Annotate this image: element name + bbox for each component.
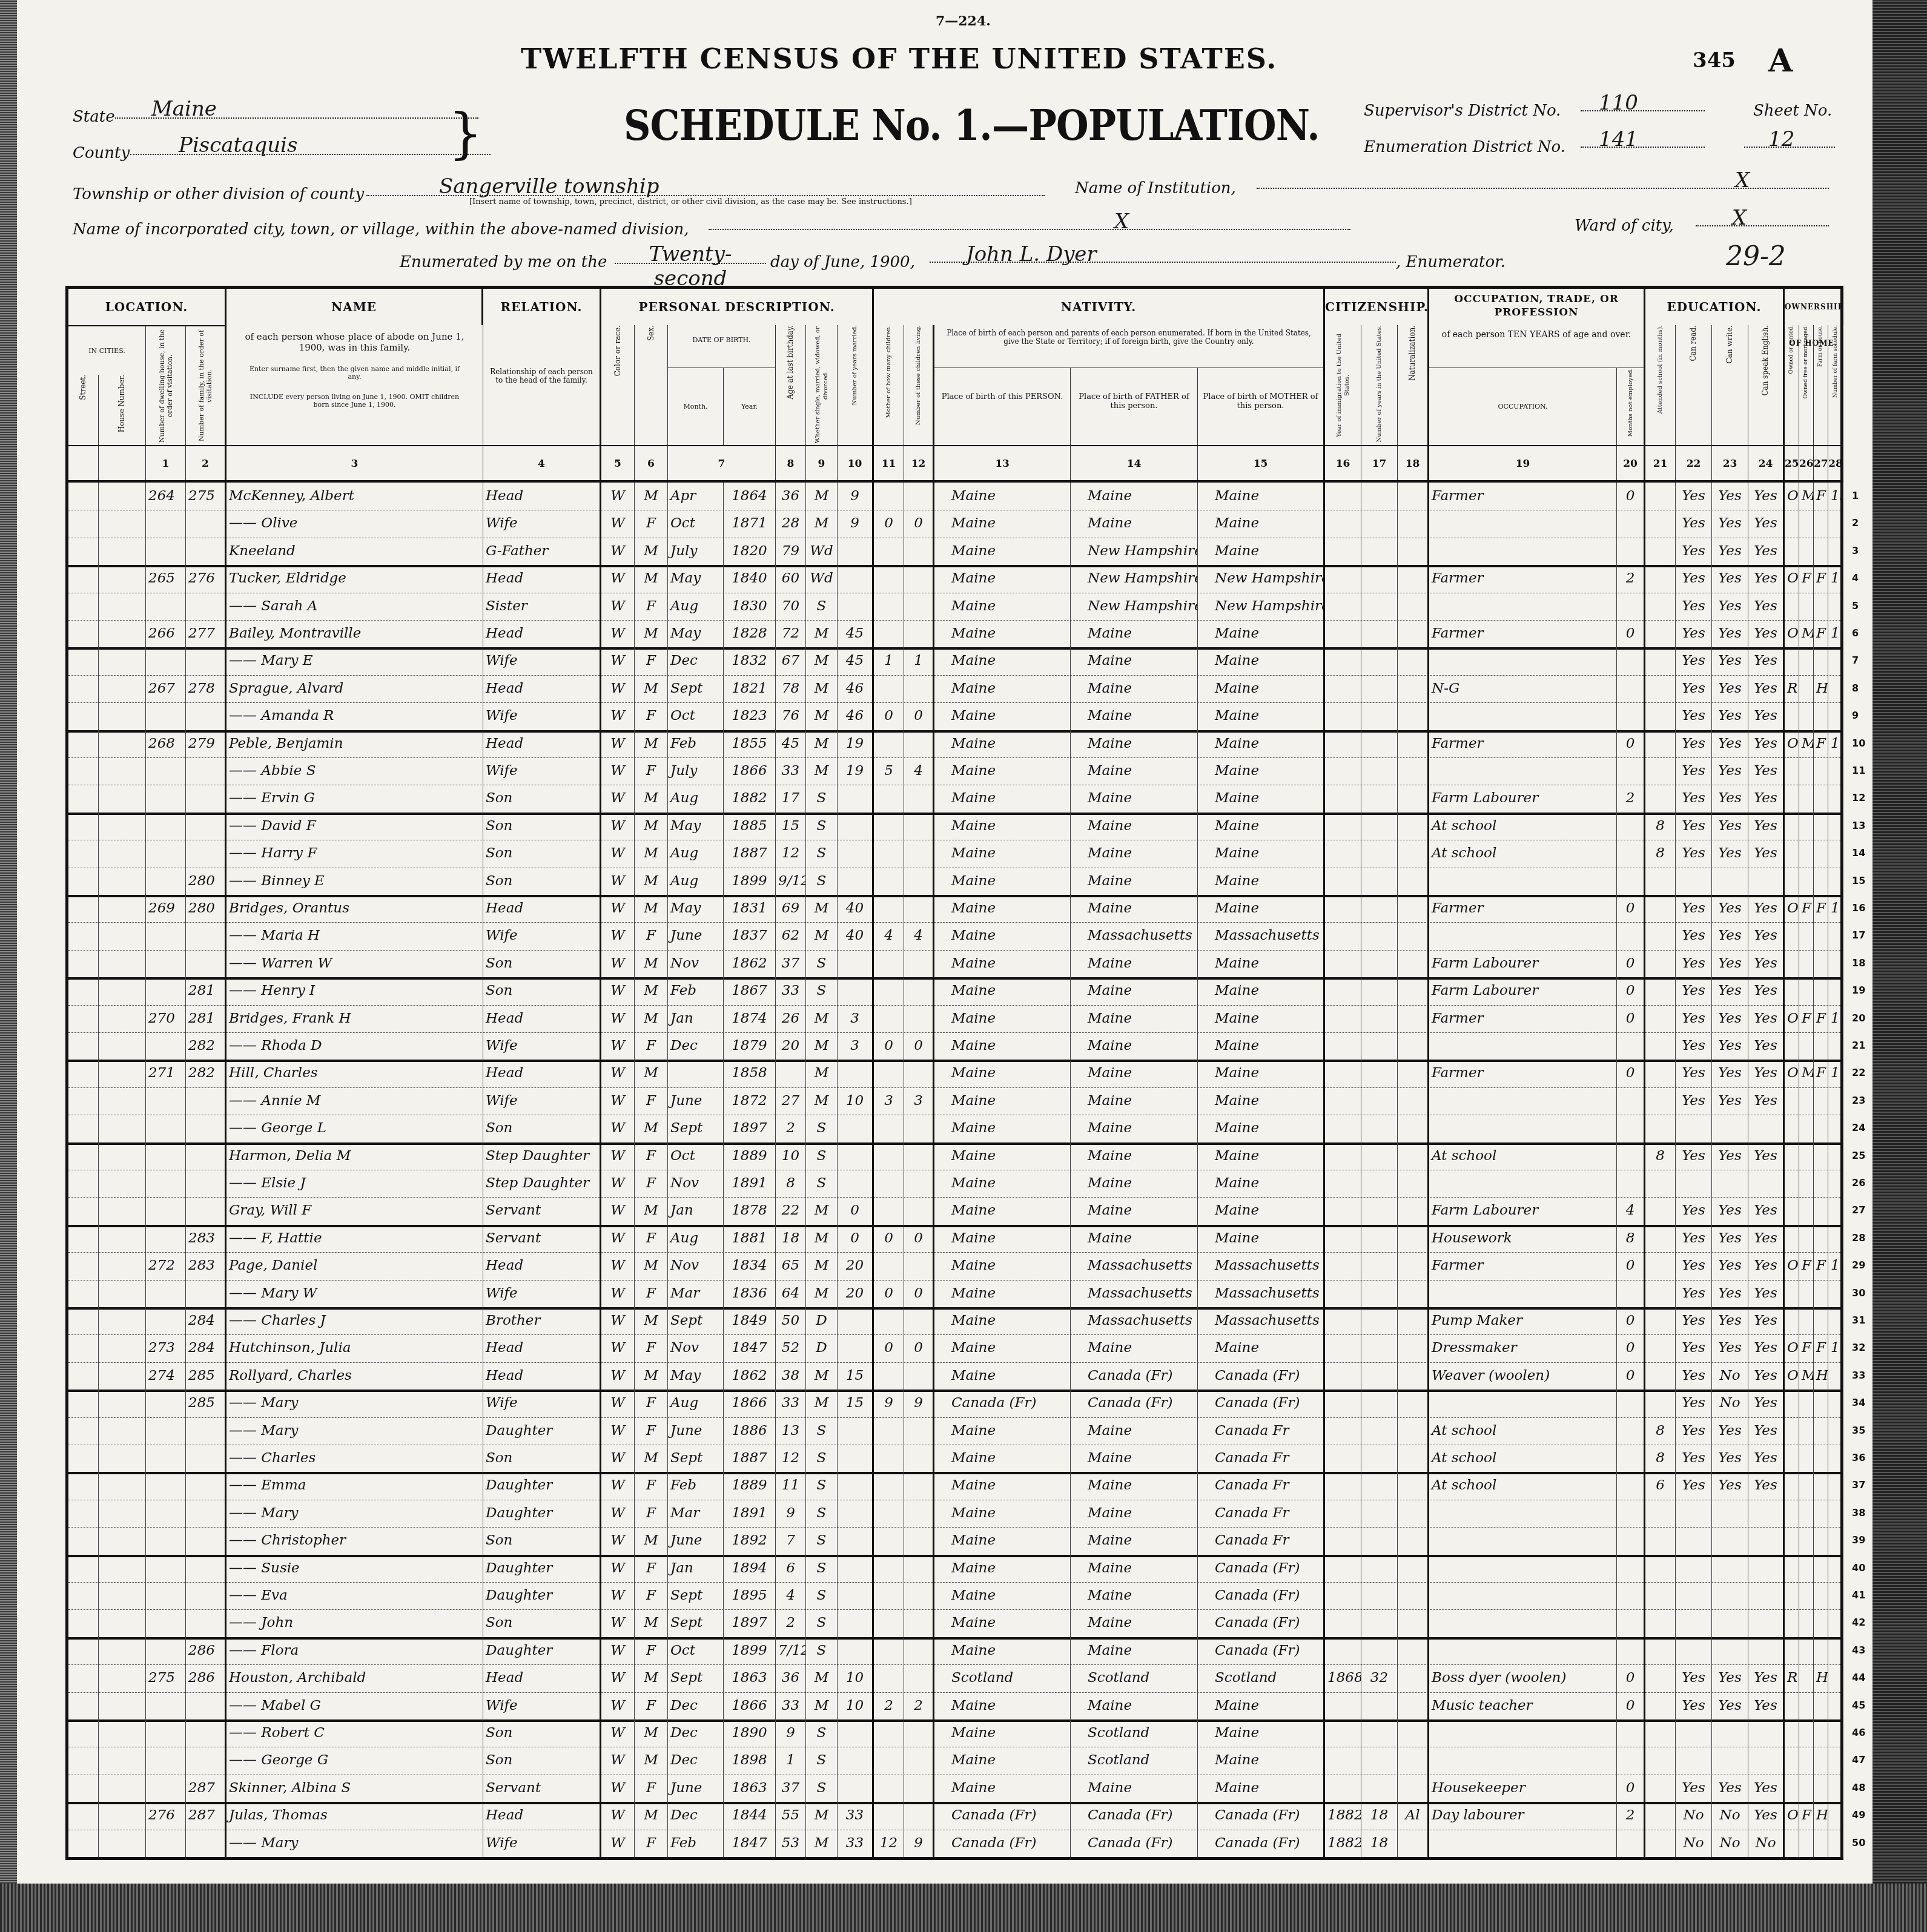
free-mortgaged-cell	[1799, 702, 1814, 730]
sheet-field: 12	[1744, 127, 1835, 148]
months-unemployed-cell	[1617, 1417, 1645, 1445]
family-number-cell: 276	[186, 565, 226, 592]
birthplace-father-cell: Massachusetts	[1071, 1280, 1198, 1307]
relation-cell: Head	[483, 1664, 601, 1692]
naturalization-cell	[1398, 950, 1429, 977]
dwelling-number-cell	[146, 1280, 186, 1307]
years-in-us-cell	[1361, 1637, 1398, 1664]
farm-house-cell	[1814, 950, 1828, 977]
family-number-cell	[186, 538, 226, 565]
years-married-cell: 20	[838, 1252, 874, 1279]
birth-month-cell: Nov	[668, 950, 724, 977]
marital-status-cell: S	[806, 1500, 838, 1527]
occupation-cell: Farmer	[1429, 730, 1617, 757]
children-living-cell	[904, 620, 934, 647]
mother-of-children-cell: 0	[874, 702, 904, 730]
owned-rented-cell	[1785, 1445, 1799, 1472]
birthplace-person-cell: Maine	[934, 483, 1071, 510]
school-months-cell	[1645, 675, 1676, 702]
empty-cell	[99, 1307, 146, 1334]
owned-rented-cell	[1785, 1142, 1799, 1170]
line-number: 32	[1852, 1342, 1865, 1353]
can-write-cell: Yes	[1712, 1692, 1748, 1719]
name-header-instr2: INCLUDE every person living on June 1, 1…	[245, 393, 464, 409]
naturalization-cell	[1398, 1417, 1429, 1445]
line-number: 6	[1852, 627, 1859, 639]
county-label: County	[73, 144, 130, 162]
marital-status-cell: S	[806, 1115, 838, 1142]
birth-year-cell: 1887	[724, 840, 776, 867]
empty-cell	[99, 840, 146, 867]
family-number-cell	[186, 1087, 226, 1115]
mother-of-header: Mother of how many children.	[874, 325, 904, 445]
immigration-year-cell	[1325, 1197, 1361, 1224]
immigration-year-cell: 1882	[1325, 1802, 1361, 1829]
mother-of-children-cell	[874, 895, 904, 922]
person-name-cell: Kneeland	[226, 538, 483, 565]
farm-schedule-cell	[1828, 1802, 1843, 1829]
immigration-year-cell	[1325, 1170, 1361, 1197]
naturalization-cell	[1398, 1362, 1429, 1390]
children-living-cell	[904, 1170, 934, 1197]
mother-of-children-cell: 1	[874, 647, 904, 674]
empty-cell	[68, 565, 99, 592]
farm-schedule-cell	[1828, 1775, 1843, 1802]
line-number: 44	[1852, 1672, 1865, 1683]
dwelling-number-cell	[146, 702, 186, 730]
mother-of-children-cell	[874, 538, 904, 565]
birthplace-father-cell: Maine	[1071, 702, 1198, 730]
birth-father-header: Place of birth of FATHER of this person.	[1071, 368, 1198, 445]
school-months-cell	[1645, 1609, 1676, 1637]
family-number-cell: 287	[186, 1775, 226, 1802]
empty-cell	[99, 1362, 146, 1390]
sex-cell: M	[635, 1252, 668, 1279]
birth-month-cell: July	[668, 538, 724, 565]
dwelling-number-cell: 276	[146, 1802, 186, 1829]
farm-house-cell: H	[1814, 1664, 1828, 1692]
family-number-cell	[186, 1747, 226, 1774]
sex-cell: F	[635, 1032, 668, 1060]
family-number-cell: 279	[186, 730, 226, 757]
birthplace-mother-cell: Canada (Fr)	[1198, 1637, 1325, 1664]
sex-cell: M	[635, 538, 668, 565]
family-number-cell	[186, 593, 226, 620]
birthplace-person-cell: Maine	[934, 1087, 1071, 1115]
school-months-cell	[1645, 1664, 1676, 1692]
birthplace-mother-cell: Maine	[1198, 1005, 1325, 1032]
line-number: 47	[1852, 1754, 1865, 1766]
birthplace-mother-cell: Massachusetts	[1198, 1307, 1325, 1334]
column-number: 18	[1398, 445, 1429, 480]
relation-cell: Son	[483, 868, 601, 895]
empty-cell	[99, 538, 146, 565]
years-in-us-cell	[1361, 675, 1398, 702]
birth-year-cell: 1855	[724, 730, 776, 757]
can-speak-english-cell: Yes	[1748, 1362, 1785, 1390]
can-read-cell: Yes	[1676, 1197, 1712, 1224]
years-married-cell	[838, 1582, 874, 1609]
birthplace-mother-cell: Canada (Fr)	[1198, 1802, 1325, 1829]
empty-cell	[99, 1334, 146, 1362]
can-write-cell	[1712, 1637, 1748, 1664]
empty-cell	[99, 1390, 146, 1417]
relation-cell: Head	[483, 895, 601, 922]
relation-cell: Servant	[483, 1775, 601, 1802]
years-married-cell	[838, 565, 874, 592]
years-in-us-cell	[1361, 922, 1398, 949]
color-cell: W	[601, 510, 635, 537]
column-number: 11	[874, 445, 904, 480]
farm-schedule-cell	[1828, 1500, 1843, 1527]
sex-cell: M	[635, 620, 668, 647]
farm-schedule-cell	[1828, 1527, 1843, 1554]
column-number: 9	[806, 445, 838, 480]
color-cell: W	[601, 1362, 635, 1390]
age-cell: 53	[776, 1830, 806, 1857]
owned-rented-cell: O	[1785, 1252, 1799, 1279]
can-write-cell	[1712, 1170, 1748, 1197]
can-speak-english-cell	[1748, 1637, 1785, 1664]
person-name-cell: Hill, Charles	[226, 1060, 483, 1087]
can-write-cell	[1712, 1527, 1748, 1554]
farm-house-cell: F	[1814, 1252, 1828, 1279]
birthplace-mother-cell: Canada (Fr)	[1198, 1830, 1325, 1857]
birthplace-person-cell: Maine	[934, 1719, 1071, 1747]
empty-cell	[68, 1747, 99, 1774]
months-unemployed-cell	[1617, 1609, 1645, 1637]
farm-house-cell	[1814, 1445, 1828, 1472]
color-cell: W	[601, 593, 635, 620]
birthplace-father-cell: Maine	[1071, 895, 1198, 922]
color-cell: W	[601, 922, 635, 949]
birth-person-header: Place of birth of this PERSON.	[934, 368, 1071, 445]
birthplace-person-cell: Maine	[934, 1609, 1071, 1637]
empty-cell	[68, 895, 99, 922]
can-read-cell: Yes	[1676, 1390, 1712, 1417]
family-number-cell: 283	[186, 1252, 226, 1279]
years-married-cell: 0	[838, 1225, 874, 1252]
years-in-us-header: Number of years in the United States.	[1361, 325, 1398, 445]
years-married-cell	[838, 785, 874, 812]
years-in-us-cell	[1361, 1445, 1398, 1472]
immigration-year-cell	[1325, 620, 1361, 647]
children-living-cell	[904, 1005, 934, 1032]
marital-status-cell: S	[806, 785, 838, 812]
line-number: 28	[1852, 1232, 1865, 1244]
sex-cell: M	[635, 977, 668, 1004]
free-mortgaged-cell	[1799, 1830, 1814, 1857]
years-married-cell	[838, 1445, 874, 1472]
can-speak-english-cell: Yes	[1748, 1802, 1785, 1829]
occupation-cell	[1429, 757, 1617, 785]
state-county-brace: }	[448, 107, 483, 161]
birthplace-mother-cell: Maine	[1198, 730, 1325, 757]
birthplace-father-cell: Canada (Fr)	[1071, 1390, 1198, 1417]
farm-house-cell	[1814, 1417, 1828, 1445]
empty-cell	[99, 1252, 146, 1279]
school-months-cell	[1645, 1362, 1676, 1390]
person-name-cell: —— Maria H	[226, 922, 483, 949]
birth-month-cell: Sept	[668, 1115, 724, 1142]
relation-cell: Son	[483, 977, 601, 1004]
can-read-cell: Yes	[1676, 895, 1712, 922]
owned-rented-cell	[1785, 1609, 1799, 1637]
dwelling-number-cell: 274	[146, 1362, 186, 1390]
relation-cell: Head	[483, 1060, 601, 1087]
can-speak-english-cell: Yes	[1748, 1334, 1785, 1362]
person-name-cell: —— F, Hattie	[226, 1225, 483, 1252]
birth-month-cell: Sept	[668, 1307, 724, 1334]
marital-status-header-text: Whether single, married, widowed, or div…	[814, 325, 830, 445]
table-row: 282—— Rhoda DWifeWFDec187920M300MaineMai…	[68, 1032, 1840, 1062]
free-mortgaged-cell	[1799, 1692, 1814, 1719]
can-speak-english-cell: Yes	[1748, 1087, 1785, 1115]
free-mortgaged-cell	[1799, 593, 1814, 620]
person-name-cell: —— Amanda R	[226, 702, 483, 730]
birthplace-person-cell: Maine	[934, 1060, 1071, 1087]
dwelling-number-cell	[146, 977, 186, 1004]
empty-cell	[68, 1555, 99, 1582]
children-living-cell	[904, 1609, 934, 1637]
years-married-cell: 33	[838, 1802, 874, 1829]
farm-house-cell	[1814, 922, 1828, 949]
family-number-cell	[186, 1582, 226, 1609]
immigration-year-cell	[1325, 922, 1361, 949]
owned-rented-cell	[1785, 1775, 1799, 1802]
can-read-cell: Yes	[1676, 730, 1712, 757]
occupation-cell: At school	[1429, 813, 1617, 840]
birth-year-cell: 1889	[724, 1142, 776, 1170]
family-number-cell: 282	[186, 1060, 226, 1087]
empty-cell	[99, 510, 146, 537]
marital-status-cell: M	[806, 1692, 838, 1719]
empty-cell	[68, 1390, 99, 1417]
school-months-cell	[1645, 593, 1676, 620]
farm-house-cell: F	[1814, 895, 1828, 922]
free-mortgaged-cell: M	[1799, 1362, 1814, 1390]
table-row: —— Ervin GSonWMAug188217SMaineMaineMaine…	[68, 785, 1840, 814]
birth-year-cell: 1871	[724, 510, 776, 537]
naturalization-cell	[1398, 702, 1429, 730]
farm-house-cell	[1814, 510, 1828, 537]
can-speak-english-cell: Yes	[1748, 647, 1785, 674]
years-in-us-cell	[1361, 1032, 1398, 1060]
empty-cell	[68, 1252, 99, 1279]
line-number: 12	[1852, 792, 1865, 803]
months-unemployed-cell	[1617, 647, 1645, 674]
occupation-cell: At school	[1429, 1472, 1617, 1499]
family-number-cell	[186, 1472, 226, 1499]
column-number: 27	[1814, 445, 1828, 480]
birthplace-father-cell: Maine	[1071, 483, 1198, 510]
months-unemployed-cell: 0	[1617, 1307, 1645, 1334]
can-read-cell: Yes	[1676, 1445, 1712, 1472]
empty-cell	[99, 813, 146, 840]
person-name-cell: —— Elsie J	[226, 1170, 483, 1197]
immigration-year-cell	[1325, 1417, 1361, 1445]
age-cell: 2	[776, 1115, 806, 1142]
free-mortgaged-cell: M	[1799, 483, 1814, 510]
family-number-cell: 285	[186, 1390, 226, 1417]
age-cell: 33	[776, 1390, 806, 1417]
birthplace-mother-cell: Maine	[1198, 483, 1325, 510]
age-cell: 17	[776, 785, 806, 812]
can-read-cell: Yes	[1676, 1060, 1712, 1087]
can-read-cell: Yes	[1676, 647, 1712, 674]
naturalization-cell	[1398, 1664, 1429, 1692]
attended-school-header: Attended school (in months).	[1645, 325, 1676, 445]
family-number-cell	[186, 1609, 226, 1637]
empty-cell	[68, 1445, 99, 1472]
farm-schedule-cell	[1828, 1225, 1843, 1252]
dwelling-number-cell	[146, 538, 186, 565]
sex-cell: F	[635, 1417, 668, 1445]
farm-schedule-cell	[1828, 1692, 1843, 1719]
birth-month-cell: Oct	[668, 702, 724, 730]
naturalization-cell	[1398, 1719, 1429, 1747]
naturalization-cell	[1398, 757, 1429, 785]
birth-year-cell: 1844	[724, 1802, 776, 1829]
dob-header: DATE OF BIRTH.	[668, 325, 776, 368]
birth-month-cell: May	[668, 1362, 724, 1390]
birth-month-cell: Aug	[668, 1225, 724, 1252]
birthplace-person-cell: Maine	[934, 1307, 1071, 1334]
relation-cell: Son	[483, 1747, 601, 1774]
months-unemployed-cell: 0	[1617, 1060, 1645, 1087]
age-cell	[776, 1060, 806, 1087]
color-cell: W	[601, 1307, 635, 1334]
family-number-cell	[186, 1692, 226, 1719]
birthplace-father-cell: Maine	[1071, 1445, 1198, 1472]
column-number: 28	[1828, 445, 1843, 480]
supervisor-district-label: Supervisor's District No.	[1364, 102, 1561, 120]
table-row: 276287Julas, ThomasHeadWMDec184455M33Can…	[68, 1802, 1840, 1830]
immigration-year-cell	[1325, 483, 1361, 510]
children-living-cell	[904, 538, 934, 565]
birthplace-father-cell: Maine	[1071, 1334, 1198, 1362]
birth-month-cell: Oct	[668, 510, 724, 537]
table-row: —— Abbie SWifeWFJuly186633M1954MaineMain…	[68, 757, 1840, 785]
color-cell: W	[601, 565, 635, 592]
naturalization-cell	[1398, 1005, 1429, 1032]
table-row: 286—— FloraDaughterWFOct18997/12SMaineMa…	[68, 1637, 1840, 1665]
months-unemployed-cell: 4	[1617, 1197, 1645, 1224]
line-number: 26	[1852, 1177, 1865, 1189]
can-write-cell: Yes	[1712, 1664, 1748, 1692]
relation-cell: Daughter	[483, 1637, 601, 1664]
sex-cell: M	[635, 1115, 668, 1142]
occupation-cell	[1429, 593, 1617, 620]
marital-status-cell: M	[806, 1802, 838, 1829]
line-number: 45	[1852, 1700, 1865, 1711]
can-write-cell: Yes	[1712, 702, 1748, 730]
immigration-year-cell	[1325, 1637, 1361, 1664]
color-header: Color or race.	[601, 325, 635, 445]
birthplace-person-cell: Maine	[934, 1637, 1071, 1664]
can-speak-english-cell: Yes	[1748, 1060, 1785, 1087]
marital-status-cell: M	[806, 1087, 838, 1115]
immigration-year-header-text: Year of immigration to the United States…	[1335, 325, 1351, 445]
birth-month-cell: Sept	[668, 1664, 724, 1692]
age-cell: 38	[776, 1362, 806, 1390]
immigration-year-cell	[1325, 1060, 1361, 1087]
children-living-cell	[904, 1500, 934, 1527]
dwelling-number-cell	[146, 1142, 186, 1170]
can-write-cell: Yes	[1712, 675, 1748, 702]
empty-cell	[68, 1417, 99, 1445]
can-write-cell: Yes	[1712, 1775, 1748, 1802]
years-in-us-cell: 32	[1361, 1664, 1398, 1692]
children-living-cell	[904, 785, 934, 812]
immigration-year-cell: 1882	[1325, 1830, 1361, 1857]
family-number-cell: 283	[186, 1225, 226, 1252]
line-number: 18	[1852, 957, 1865, 969]
years-married-cell	[838, 1775, 874, 1802]
empty-cell	[68, 593, 99, 620]
table-row: 281—— Henry ISonWMFeb186733SMaineMaineMa…	[68, 977, 1840, 1005]
table-row: 275286Houston, ArchibaldHeadWMSept186336…	[68, 1664, 1840, 1692]
birthplace-father-cell: Massachusetts	[1071, 922, 1198, 949]
birth-year-cell: 1832	[724, 647, 776, 674]
birthplace-person-cell: Maine	[934, 1362, 1071, 1390]
line-number: 33	[1852, 1370, 1865, 1381]
color-cell: W	[601, 1527, 635, 1554]
sex-cell: F	[635, 1280, 668, 1307]
years-in-us-cell: 18	[1361, 1802, 1398, 1829]
birth-year-cell: 1830	[724, 593, 776, 620]
sex-cell: M	[635, 1197, 668, 1224]
farm-schedule-cell	[1828, 1362, 1843, 1390]
farm-schedule-cell	[1828, 1280, 1843, 1307]
years-in-us-cell	[1361, 1609, 1398, 1637]
person-name-cell: Sprague, Alvard	[226, 675, 483, 702]
naturalization-cell	[1398, 1582, 1429, 1609]
person-name-cell: Bailey, Montraville	[226, 620, 483, 647]
owned-rented-cell	[1785, 1225, 1799, 1252]
schedule-title: SCHEDULE No. 1.—POPULATION.	[624, 100, 1320, 150]
dwelling-number-cell	[146, 593, 186, 620]
free-mortgaged-cell	[1799, 1032, 1814, 1060]
birthplace-person-cell: Maine	[934, 868, 1071, 895]
institution-field: X	[1257, 168, 1829, 189]
sex-cell: F	[635, 510, 668, 537]
occupation-cell: Farm Labourer	[1429, 1197, 1617, 1224]
sex-cell: M	[635, 1719, 668, 1747]
school-months-cell	[1645, 510, 1676, 537]
school-months-cell: 8	[1645, 840, 1676, 867]
children-living-header: Number of these children living.	[904, 325, 934, 445]
person-name-cell: —— Harry F	[226, 840, 483, 867]
ward-field: X	[1696, 206, 1829, 226]
children-living-cell: 2	[904, 1692, 934, 1719]
years-married-cell: 10	[838, 1087, 874, 1115]
can-read-cell: Yes	[1676, 1472, 1712, 1499]
dwelling-number-cell	[146, 840, 186, 867]
birth-month-cell: Oct	[668, 1142, 724, 1170]
naturalization-cell	[1398, 1170, 1429, 1197]
state-label: State	[73, 108, 115, 126]
mother-of-children-cell	[874, 1747, 904, 1774]
years-married-cell	[838, 1142, 874, 1170]
birth-month-cell: Mar	[668, 1280, 724, 1307]
birth-year-cell: 1837	[724, 922, 776, 949]
birth-month-cell: May	[668, 813, 724, 840]
relation-cell: Wife	[483, 1830, 601, 1857]
column-number: 6	[635, 445, 668, 480]
sex-cell: M	[635, 483, 668, 510]
farm-house-cell	[1814, 1555, 1828, 1582]
